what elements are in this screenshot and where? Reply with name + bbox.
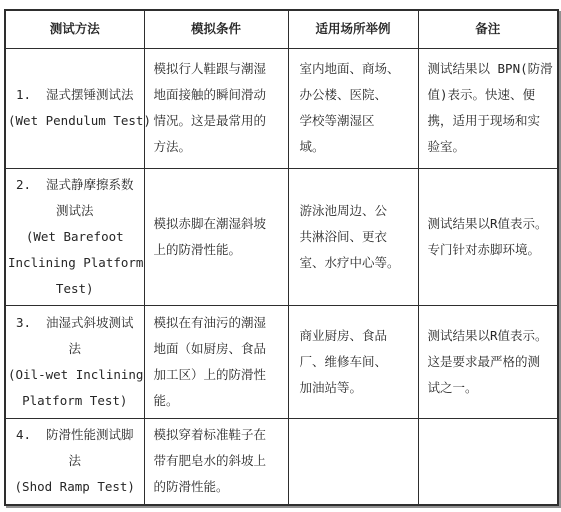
table-row-wet-barefoot: 2. 湿式静摩擦系数 测试法 (Wet Barefoot Inclining P… [5, 168, 558, 305]
cell-row2-condition: 模拟赤脚在潮湿斜坡 上的防滑性能。 [144, 168, 288, 305]
table-row-oil-wet: 3. 油湿式斜坡测试 法 (Oil-wet Inclining Platform… [5, 305, 558, 418]
cell-row2-notes: 测试结果以R值表示。 专门针对赤脚环境。 [418, 168, 558, 305]
table-row-wet-pendulum: 1. 湿式摆锤测试法 (Wet Pendulum Test) 模拟行人鞋跟与潮湿… [5, 48, 558, 168]
column-header-notes: 备注 [418, 10, 558, 48]
cell-row4-notes [418, 418, 558, 505]
cell-row4-method: 4. 防滑性能测试脚 法 (Shod Ramp Test) [5, 418, 144, 505]
cell-row3-notes: 测试结果以R值表示。 这是要求最严格的测 试之一。 [418, 305, 558, 418]
cell-row2-method: 2. 湿式静摩擦系数 测试法 (Wet Barefoot Inclining P… [5, 168, 144, 305]
cell-row4-condition: 模拟穿着标准鞋子在 带有肥皂水的斜坡上 的防滑性能。 [144, 418, 288, 505]
column-header-method: 测试方法 [5, 10, 144, 48]
cell-row2-places: 游泳池周边、公 共淋浴间、更衣 室、水疗中心等。 [288, 168, 418, 305]
cell-row3-method: 3. 油湿式斜坡测试 法 (Oil-wet Inclining Platform… [5, 305, 144, 418]
column-header-places: 适用场所举例 [288, 10, 418, 48]
column-header-condition: 模拟条件 [144, 10, 288, 48]
cell-row1-method: 1. 湿式摆锤测试法 (Wet Pendulum Test) [5, 48, 144, 168]
table-header-row: 测试方法 模拟条件 适用场所举例 备注 [5, 10, 558, 48]
document-page: 测试方法 模拟条件 适用场所举例 备注 1. 湿式摆锤测试法 (Wet Pend… [0, 0, 561, 512]
cell-row4-places [288, 418, 418, 505]
table-row-shod-ramp: 4. 防滑性能测试脚 法 (Shod Ramp Test) 模拟穿着标准鞋子在 … [5, 418, 558, 505]
cell-row3-places: 商业厨房、食品 厂、维修车间、 加油站等。 [288, 305, 418, 418]
slip-test-methods-table: 测试方法 模拟条件 适用场所举例 备注 1. 湿式摆锤测试法 (Wet Pend… [4, 9, 559, 506]
cell-row1-places: 室内地面、商场、 办公楼、医院、 学校等潮湿区 域。 [288, 48, 418, 168]
cell-row3-condition: 模拟在有油污的潮湿 地面（如厨房、食品 加工区）上的防滑性 能。 [144, 305, 288, 418]
cell-row1-notes: 测试结果以 BPN(防滑 值)表示。快速、便 携，适用于现场和实 验室。 [418, 48, 558, 168]
cell-row1-condition: 模拟行人鞋跟与潮湿 地面接触的瞬间滑动 情况。这是最常用的 方法。 [144, 48, 288, 168]
